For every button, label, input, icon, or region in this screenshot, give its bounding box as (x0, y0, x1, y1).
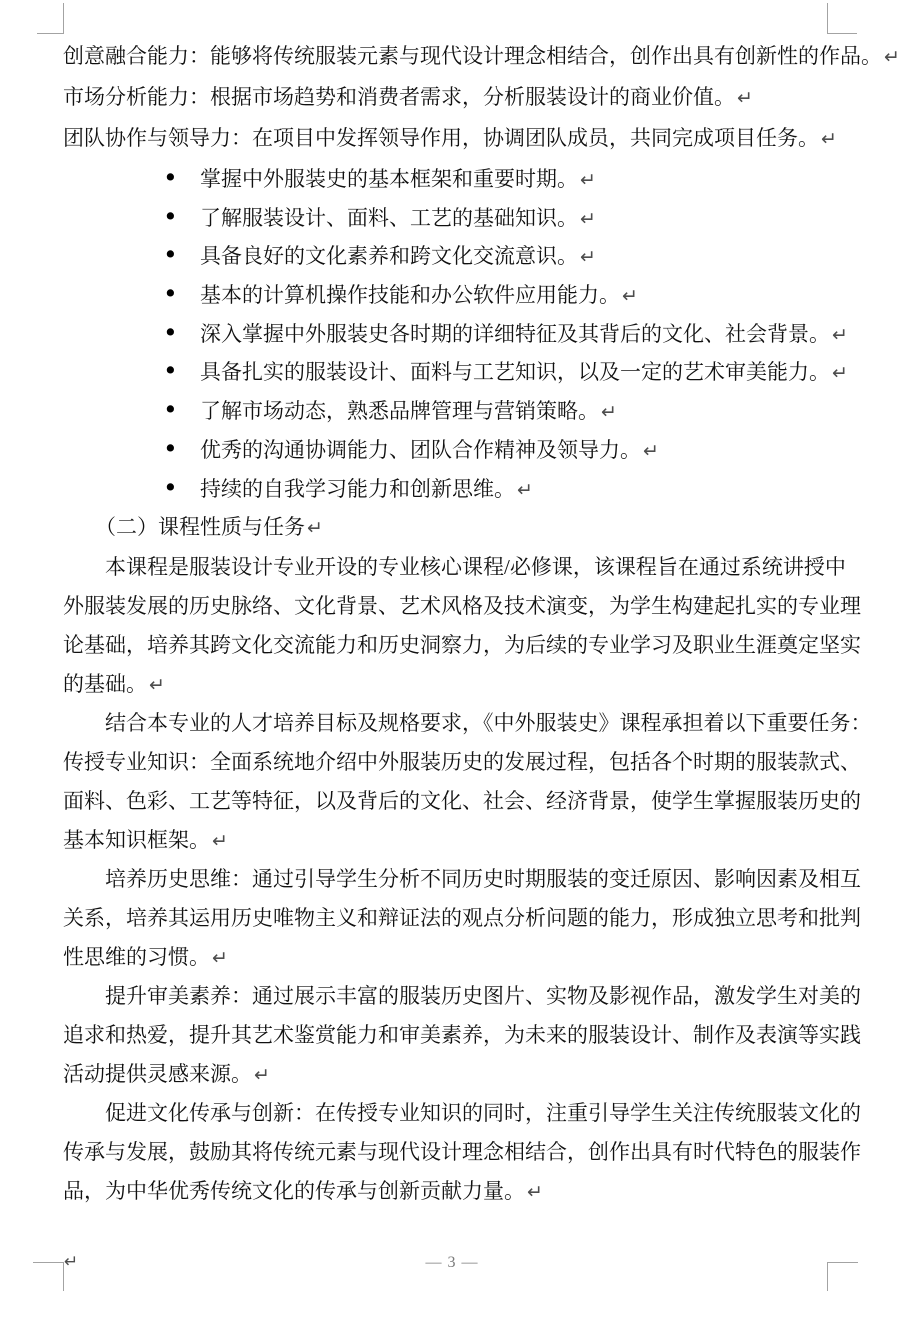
bullet-icon: • (163, 275, 200, 314)
paragraph-mark-icon: ↵ (252, 1064, 270, 1086)
section-heading-text: （二）课程性质与任务 (95, 515, 305, 539)
paragraph-line: 培养历史思维：通过引导学生分析不同历史时期服装的变迁原因、影响因素及相互 (63, 860, 841, 899)
bullet-text: 深入掌握中外服装史各时期的详细特征及其背后的文化、社会背景。 (200, 322, 830, 346)
intro-paragraph: 创意融合能力：能够将传统服装元素与现代设计理念相结合，创作出具有创新性的作品。↵ (63, 36, 841, 77)
bullet-icon: • (163, 469, 200, 508)
paragraph-text: 创意融合能力：能够将传统服装元素与现代设计理念相结合，创作出具有创新性的作品。 (63, 44, 882, 68)
paragraph-text: 性思维的习惯。 (63, 945, 210, 969)
bullet-list: •掌握中外服装史的基本框架和重要时期。↵ •了解服装设计、面料、工艺的基础知识。… (63, 159, 841, 507)
paragraph-line: 活动提供灵感来源。↵ (63, 1055, 841, 1094)
paragraph-mark-icon: ↵ (599, 401, 617, 423)
paragraph-text: 市场分析能力：根据市场趋势和消费者需求，分析服装设计的商业价值。 (63, 85, 735, 109)
paragraph-mark-icon: ↵ (819, 128, 837, 150)
paragraph-mark-icon: ↵ (515, 479, 533, 501)
paragraph-mark-icon: ↵ (620, 285, 638, 307)
bullet-text: 基本的计算机操作技能和办公软件应用能力。 (200, 283, 620, 307)
bullet-text: 持续的自我学习能力和创新思维。 (200, 477, 515, 501)
bullet-item: •了解市场动态，熟悉品牌管理与营销策略。↵ (63, 391, 841, 430)
paragraph-mark-icon: ↵ (735, 87, 753, 109)
bullet-text: 掌握中外服装史的基本框架和重要时期。 (200, 167, 578, 191)
bullet-item: •深入掌握中外服装史各时期的详细特征及其背后的文化、社会背景。↵ (63, 314, 841, 353)
paragraph-line: 面料、色彩、工艺等特征，以及背后的文化、社会、经济背景，使学生掌握服装历史的 (63, 782, 841, 821)
body-paragraph: 培养历史思维：通过引导学生分析不同历史时期服装的变迁原因、影响因素及相互 关系，… (63, 860, 841, 977)
bullet-item: •持续的自我学习能力和创新思维。↵ (63, 469, 841, 508)
bullet-icon: • (163, 352, 200, 391)
document-page: 创意融合能力：能够将传统服装元素与现代设计理念相结合，创作出具有创新性的作品。↵… (0, 0, 904, 1338)
bullet-item: •掌握中外服装史的基本框架和重要时期。↵ (63, 159, 841, 198)
bullet-icon: • (163, 159, 200, 198)
bullet-icon: • (163, 314, 200, 353)
paragraph-line: 关系，培养其运用历史唯物主义和辩证法的观点分析问题的能力，形成独立思考和批判 (63, 899, 841, 938)
crop-mark-top-left-icon (37, 3, 64, 34)
paragraph-text: 活动提供灵感来源。 (63, 1062, 252, 1086)
body-paragraph: 本课程是服装设计专业开设的专业核心课程/必修课，该课程旨在通过系统讲授中 外服装… (63, 548, 841, 704)
paragraph-line: 本课程是服装设计专业开设的专业核心课程/必修课，该课程旨在通过系统讲授中 (63, 548, 841, 587)
bullet-item: •具备良好的文化素养和跨文化交流意识。↵ (63, 236, 841, 275)
bullet-icon: • (163, 198, 200, 237)
paragraph-line: 传承与发展，鼓励其将传统元素与现代设计理念相结合，创作出具有时代特色的服装作 (63, 1133, 841, 1172)
document-body: 创意融合能力：能够将传统服装元素与现代设计理念相结合，创作出具有创新性的作品。↵… (0, 36, 904, 1211)
bullet-icon: • (163, 391, 200, 430)
bullet-text: 了解市场动态，熟悉品牌管理与营销策略。 (200, 399, 599, 423)
bullet-text: 了解服装设计、面料、工艺的基础知识。 (200, 206, 578, 230)
bullet-item: •具备扎实的服装设计、面料与工艺知识，以及一定的艺术审美能力。↵ (63, 352, 841, 391)
paragraph-mark-icon: ↵ (578, 246, 596, 268)
body-paragraph: 结合本专业的人才培养目标及规格要求，《中外服装史》课程承担着以下重要任务： 传授… (63, 704, 841, 860)
paragraph-line: 结合本专业的人才培养目标及规格要求，《中外服装史》课程承担着以下重要任务： (63, 704, 841, 743)
paragraph-mark-icon: ↵ (641, 440, 659, 462)
paragraph-mark-icon: ↵ (305, 517, 323, 539)
paragraph-line: 传授专业知识：全面系统地介绍中外服装历史的发展过程，包括各个时期的服装款式、 (63, 743, 841, 782)
paragraph-mark-icon: ↵ (525, 1181, 543, 1203)
section-heading: （二）课程性质与任务↵ (63, 507, 841, 548)
paragraph-text: 团队协作与领导力：在项目中发挥领导作用，协调团队成员，共同完成项目任务。 (63, 126, 819, 150)
intro-paragraph: 市场分析能力：根据市场趋势和消费者需求，分析服装设计的商业价值。↵ (63, 77, 841, 118)
bullet-icon: • (163, 236, 200, 275)
paragraph-mark-icon: ↵ (830, 362, 848, 384)
bullet-text: 具备良好的文化素养和跨文化交流意识。 (200, 244, 578, 268)
bullet-item: •优秀的沟通协调能力、团队合作精神及领导力。↵ (63, 430, 841, 469)
paragraph-line: 外服装发展的历史脉络、文化背景、艺术风格及技术演变，为学生构建起扎实的专业理 (63, 587, 841, 626)
paragraph-line: 提升审美素养：通过展示丰富的服装历史图片、实物及影视作品，激发学生对美的 (63, 977, 841, 1016)
page-number: — 3 — (0, 1254, 904, 1272)
paragraph-line: 的基础。↵ (63, 665, 841, 704)
body-paragraph: 提升审美素养：通过展示丰富的服装历史图片、实物及影视作品，激发学生对美的 追求和… (63, 977, 841, 1094)
bullet-icon: • (163, 430, 200, 469)
paragraph-line: 品，为中华优秀传统文化的传承与创新贡献力量。↵ (63, 1172, 841, 1211)
paragraph-text: 基本知识框架。 (63, 828, 210, 852)
paragraph-line: 论基础，培养其跨文化交流能力和历史洞察力，为后续的专业学习及职业生涯奠定坚实 (63, 626, 841, 665)
bullet-item: •了解服装设计、面料、工艺的基础知识。↵ (63, 198, 841, 237)
paragraph-line: 促进文化传承与创新：在传授专业知识的同时，注重引导学生关注传统服装文化的 (63, 1094, 841, 1133)
paragraph-line: 性思维的习惯。↵ (63, 938, 841, 977)
paragraph-line: 追求和热爱，提升其艺术鉴赏能力和审美素养，为未来的服装设计、制作及表演等实践 (63, 1016, 841, 1055)
crop-mark-top-right-icon (827, 3, 857, 34)
paragraph-mark-icon: ↵ (882, 46, 900, 68)
bullet-item: •基本的计算机操作技能和办公软件应用能力。↵ (63, 275, 841, 314)
paragraph-mark-icon: ↵ (830, 324, 848, 346)
paragraph-text: 品，为中华优秀传统文化的传承与创新贡献力量。 (63, 1179, 525, 1203)
body-paragraph: 促进文化传承与创新：在传授专业知识的同时，注重引导学生关注传统服装文化的 传承与… (63, 1094, 841, 1211)
paragraph-mark-icon: ↵ (210, 830, 228, 852)
paragraph-mark-icon: ↵ (147, 674, 165, 696)
paragraph-text: 的基础。 (63, 672, 147, 696)
intro-paragraph: 团队协作与领导力：在项目中发挥领导作用，协调团队成员，共同完成项目任务。↵ (63, 118, 841, 159)
paragraph-mark-icon: ↵ (210, 947, 228, 969)
paragraph-mark-icon: ↵ (578, 169, 596, 191)
bullet-text: 优秀的沟通协调能力、团队合作精神及领导力。 (200, 438, 641, 462)
paragraph-mark-icon: ↵ (578, 208, 596, 230)
paragraph-line: 基本知识框架。↵ (63, 821, 841, 860)
bullet-text: 具备扎实的服装设计、面料与工艺知识，以及一定的艺术审美能力。 (200, 360, 830, 384)
